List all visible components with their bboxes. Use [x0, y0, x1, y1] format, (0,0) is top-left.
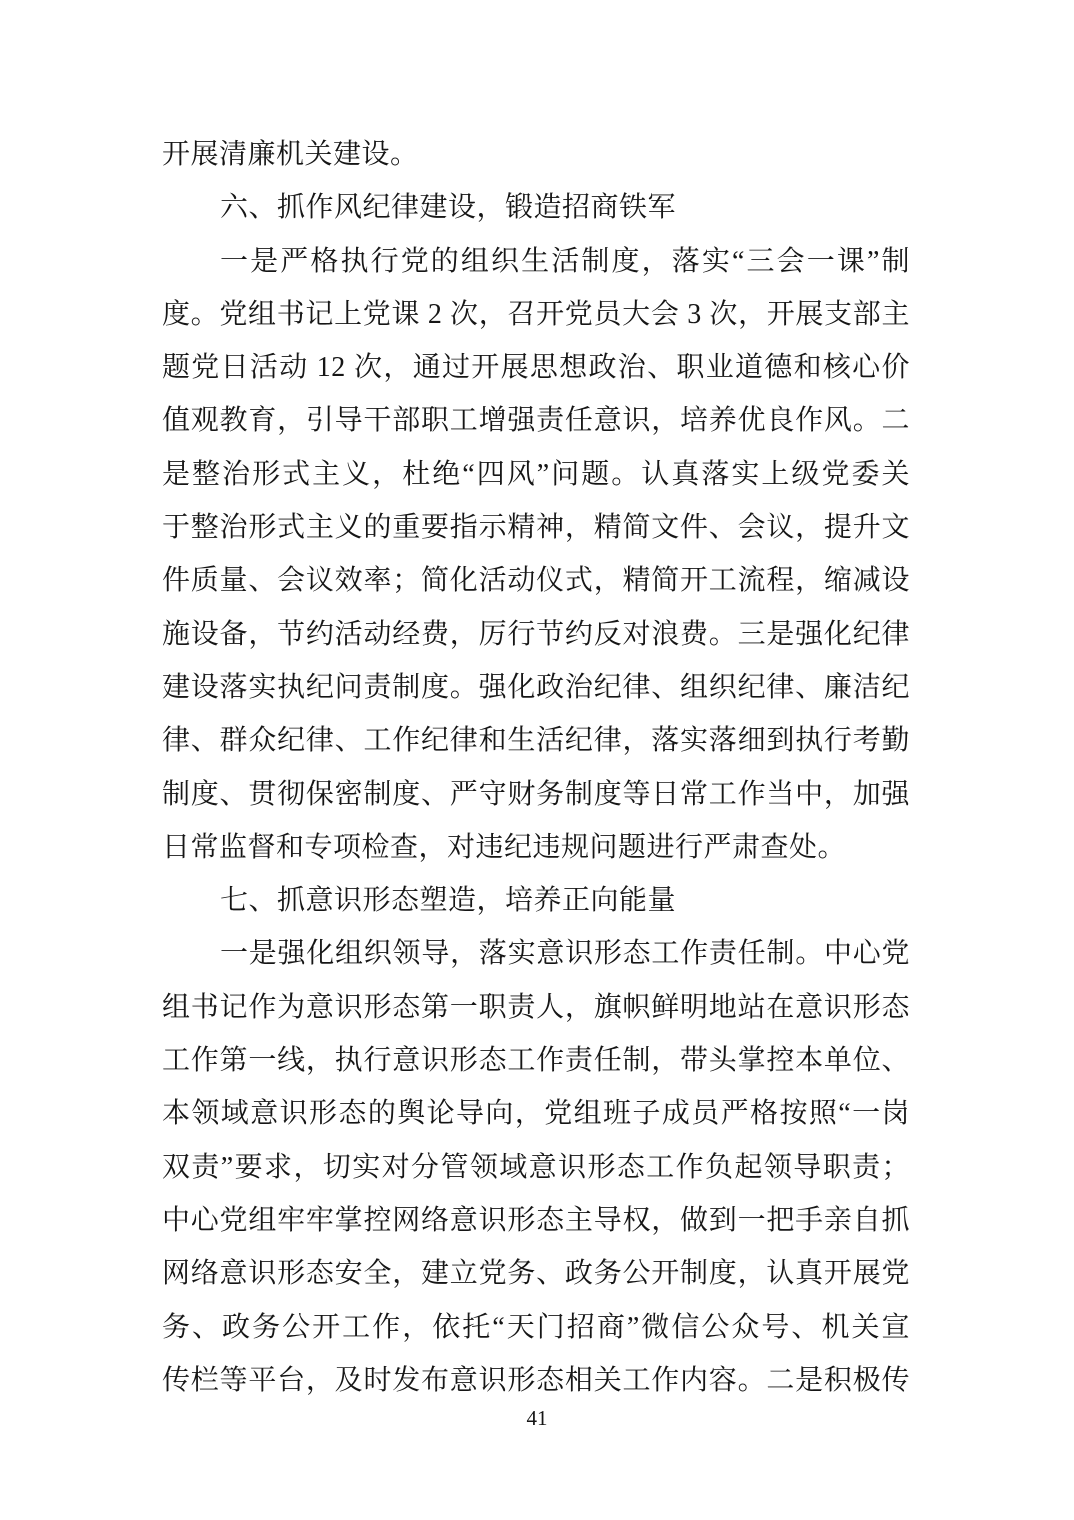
document-page: 开展清廉机关建设。 六、抓作风纪律建设，锻造招商铁军 一是严格执行党的组织生活制…: [0, 0, 1074, 1520]
text-line: 本领域意识形态的舆论导向，党组班子成员严格按照“一岗: [162, 1087, 910, 1140]
text-line: 件质量、会议效率；简化活动仪式，精简开工流程，缩减设: [162, 554, 910, 607]
section-heading: 七、抓意识形态塑造，培养正向能量: [162, 874, 910, 927]
text-block: 开展清廉机关建设。 六、抓作风纪律建设，锻造招商铁军 一是严格执行党的组织生活制…: [162, 128, 910, 1407]
text-line: 度。党组书记上党课 2 次，召开党员大会 3 次，开展支部主: [162, 288, 910, 341]
text-line: 网络意识形态安全，建立党务、政务公开制度，认真开展党: [162, 1247, 910, 1300]
text-line: 建设落实执纪问责制度。强化政治纪律、组织纪律、廉洁纪: [162, 661, 910, 714]
text-line: 开展清廉机关建设。: [162, 128, 910, 181]
text-line: 日常监督和专项检查，对违纪违规问题进行严肃查处。: [162, 821, 910, 874]
text-line: 一是强化组织领导，落实意识形态工作责任制。中心党: [162, 927, 910, 980]
text-line: 是整治形式主义，杜绝“四风”问题。认真落实上级党委关: [162, 448, 910, 501]
text-line: 一是严格执行党的组织生活制度，落实“三会一课”制: [162, 235, 910, 288]
text-line: 工作第一线，执行意识形态工作责任制，带头掌控本单位、: [162, 1034, 910, 1087]
text-line: 中心党组牢牢掌控网络意识形态主导权，做到一把手亲自抓: [162, 1194, 910, 1247]
section-heading: 六、抓作风纪律建设，锻造招商铁军: [162, 181, 910, 234]
text-line: 务、政务公开工作，依托“天门招商”微信公众号、机关宣: [162, 1301, 910, 1354]
text-line: 制度、贯彻保密制度、严守财务制度等日常工作当中，加强: [162, 768, 910, 821]
text-line: 双责”要求，切实对分管领域意识形态工作负起领导职责；: [162, 1141, 910, 1194]
text-line: 值观教育，引导干部职工增强责任意识，培养优良作风。二: [162, 394, 910, 447]
text-line: 题党日活动 12 次，通过开展思想政治、职业道德和核心价: [162, 341, 910, 394]
text-line: 于整治形式主义的重要指示精神，精简文件、会议，提升文: [162, 501, 910, 554]
text-line: 组书记作为意识形态第一职责人，旗帜鲜明地站在意识形态: [162, 981, 910, 1034]
text-line: 传栏等平台，及时发布意识形态相关工作内容。二是积极传: [162, 1354, 910, 1407]
text-line: 律、群众纪律、工作纪律和生活纪律，落实落细到执行考勤: [162, 714, 910, 767]
page-number: 41: [0, 1403, 1074, 1433]
text-line: 施设备，节约活动经费，厉行节约反对浪费。三是强化纪律: [162, 608, 910, 661]
